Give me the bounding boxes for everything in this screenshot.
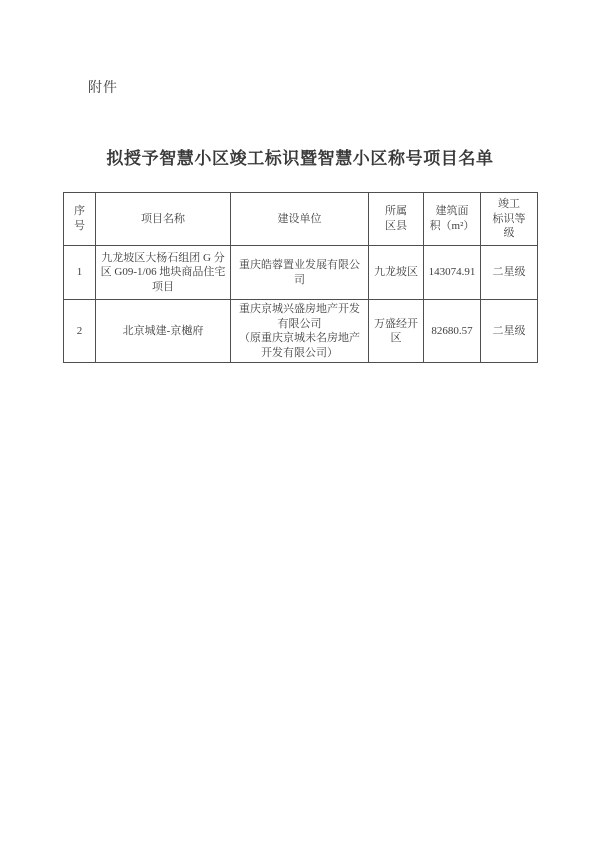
header-cell-grade: 竣工 标识等 级: [481, 193, 538, 246]
table-row: 2 北京城建-京樾府 重庆京城兴盛房地产开发 有限公司 （原重庆京城未名房地产 …: [64, 300, 538, 363]
cell-index: 2: [64, 300, 96, 363]
attachment-label: 附件: [88, 77, 118, 97]
projects-table: 序 号 项目名称 建设单位 所属 区县 建筑面 积（m²） 竣工 标识等 级 1…: [63, 192, 538, 363]
cell-area: 143074.91: [424, 246, 481, 300]
table-row: 1 九龙坡区大杨石组团 G 分 区 G09-1/06 地块商品住宅 项目 重庆皓…: [64, 246, 538, 300]
cell-index: 1: [64, 246, 96, 300]
header-cell-index: 序 号: [64, 193, 96, 246]
cell-district: 万盛经开 区: [369, 300, 424, 363]
document-title: 拟授予智慧小区竣工标识暨智慧小区称号项目名单: [0, 144, 600, 169]
cell-builder: 重庆京城兴盛房地产开发 有限公司 （原重庆京城未名房地产 开发有限公司）: [231, 300, 369, 363]
cell-area: 82680.57: [424, 300, 481, 363]
table-header-row: 序 号 项目名称 建设单位 所属 区县 建筑面 积（m²） 竣工 标识等 级: [64, 193, 538, 246]
cell-district: 九龙坡区: [369, 246, 424, 300]
header-cell-name: 项目名称: [96, 193, 231, 246]
cell-grade: 二星级: [481, 246, 538, 300]
cell-name: 九龙坡区大杨石组团 G 分 区 G09-1/06 地块商品住宅 项目: [96, 246, 231, 300]
document-page: 附件 拟授予智慧小区竣工标识暨智慧小区称号项目名单 序 号 项目名称 建设单位 …: [0, 0, 600, 848]
cell-grade: 二星级: [481, 300, 538, 363]
header-cell-district: 所属 区县: [369, 193, 424, 246]
header-cell-area: 建筑面 积（m²）: [424, 193, 481, 246]
cell-name: 北京城建-京樾府: [96, 300, 231, 363]
cell-builder: 重庆皓蓉置业发展有限公 司: [231, 246, 369, 300]
header-cell-builder: 建设单位: [231, 193, 369, 246]
